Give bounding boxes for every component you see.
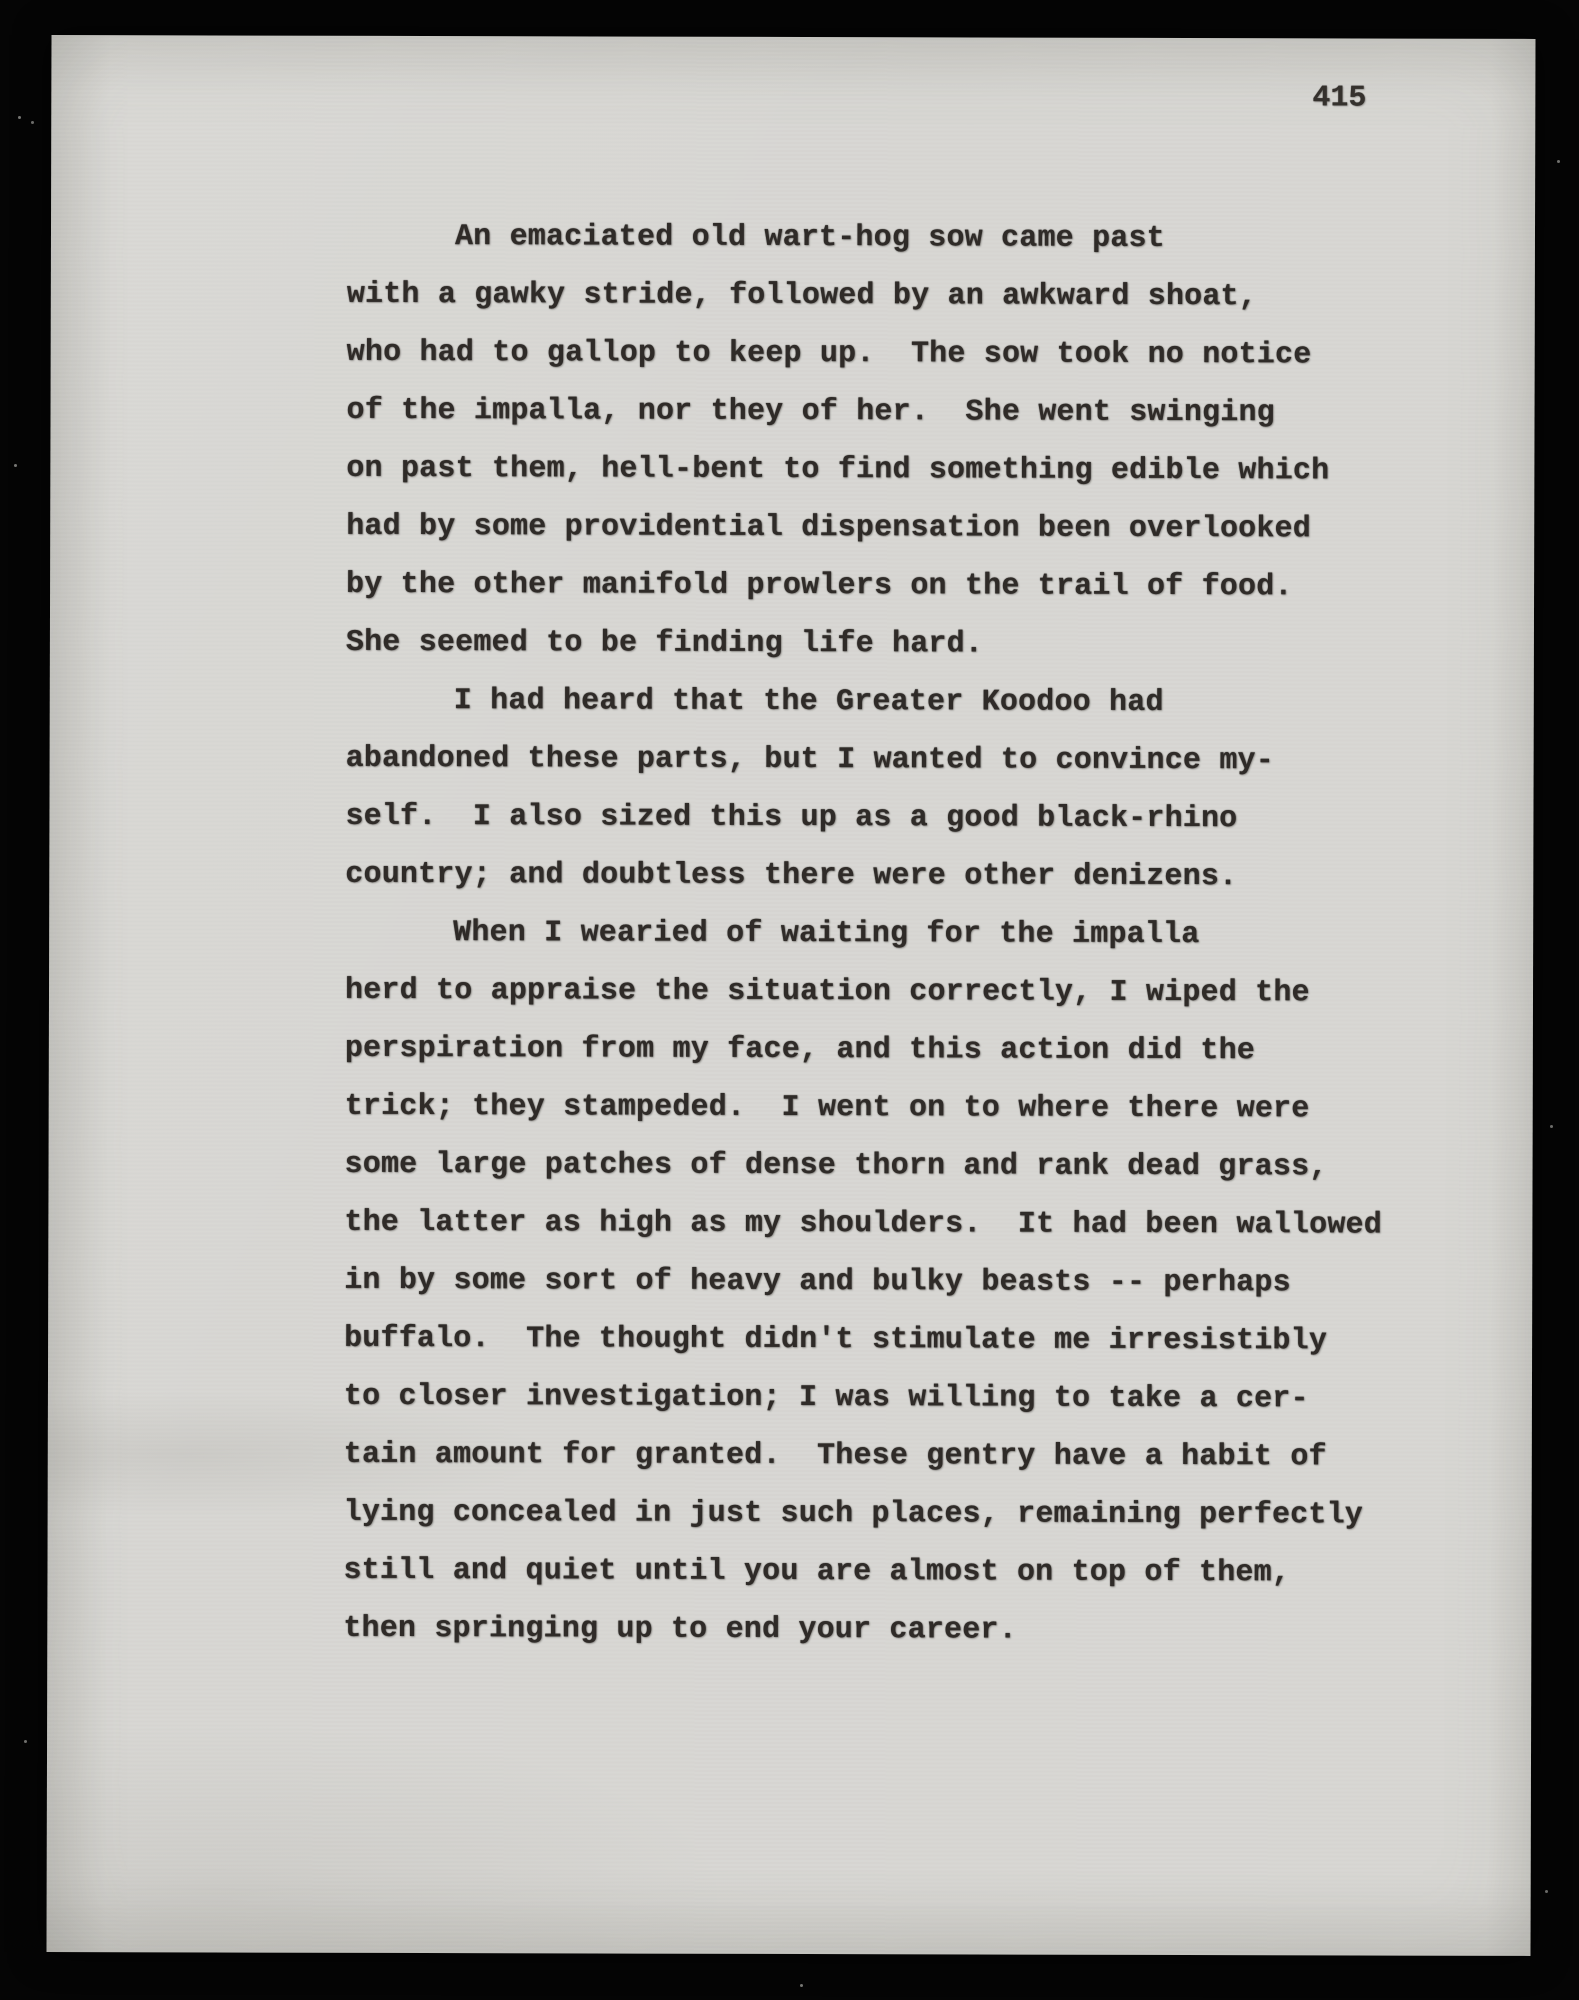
typed-line: who had to gallop to keep up. The sow to…	[347, 324, 1385, 385]
typed-line: self. I also sized this up as a good bla…	[345, 788, 1383, 849]
typed-line: of the impalla, nor they of her. She wen…	[346, 382, 1384, 443]
dust-speck	[1545, 1890, 1548, 1893]
typed-line: then springing up to end your career.	[343, 1600, 1381, 1661]
typed-line: trick; they stampeded. I went on to wher…	[345, 1078, 1383, 1139]
typescript-page: 415 An emaciated old wart-hog sow came p…	[46, 35, 1535, 1956]
typed-line: still and quiet until you are almost on …	[343, 1542, 1381, 1603]
typed-line: perspiration from my face, and this acti…	[345, 1020, 1383, 1081]
dust-speck	[800, 1984, 803, 1987]
typed-line: An emaciated old wart-hog sow came past	[347, 208, 1385, 269]
typed-line: in by some sort of heavy and bulky beast…	[344, 1252, 1382, 1313]
typed-line: When I wearied of waiting for the impall…	[345, 904, 1383, 965]
dust-speck	[31, 121, 34, 124]
dust-speck	[1550, 1125, 1553, 1128]
typed-line: the latter as high as my shoulders. It h…	[344, 1194, 1382, 1255]
typed-line: on past them, hell-bent to find somethin…	[346, 440, 1384, 501]
typed-line: had by some providential dispensation be…	[346, 498, 1384, 559]
typed-line: herd to appraise the situation correctly…	[345, 962, 1383, 1023]
dust-speck	[1557, 160, 1560, 163]
typed-line: abandoned these parts, but I wanted to c…	[346, 730, 1384, 791]
typed-line: She seemed to be finding life hard.	[346, 614, 1384, 675]
scan-background: 415 An emaciated old wart-hog sow came p…	[0, 0, 1579, 2000]
typed-line: some large patches of dense thorn and ra…	[344, 1136, 1382, 1197]
typed-line: buffalo. The thought didn't stimulate me…	[344, 1310, 1382, 1371]
dust-speck	[24, 1740, 27, 1743]
dust-speck	[18, 116, 21, 119]
typed-line: I had heard that the Greater Koodoo had	[346, 672, 1384, 733]
typed-line: by the other manifold prowlers on the tr…	[346, 556, 1384, 617]
page-number: 415	[1312, 81, 1366, 115]
dust-speck	[14, 464, 17, 467]
typed-line: country; and doubtless there were other …	[345, 846, 1383, 907]
typed-line: to closer investigation; I was willing t…	[344, 1368, 1382, 1429]
typed-line: tain amount for granted. These gentry ha…	[344, 1426, 1382, 1487]
typed-text-block: An emaciated old wart-hog sow came past …	[343, 208, 1384, 1661]
typed-line: with a gawky stride, followed by an awkw…	[347, 266, 1385, 327]
typed-line: lying concealed in just such places, rem…	[344, 1484, 1382, 1545]
